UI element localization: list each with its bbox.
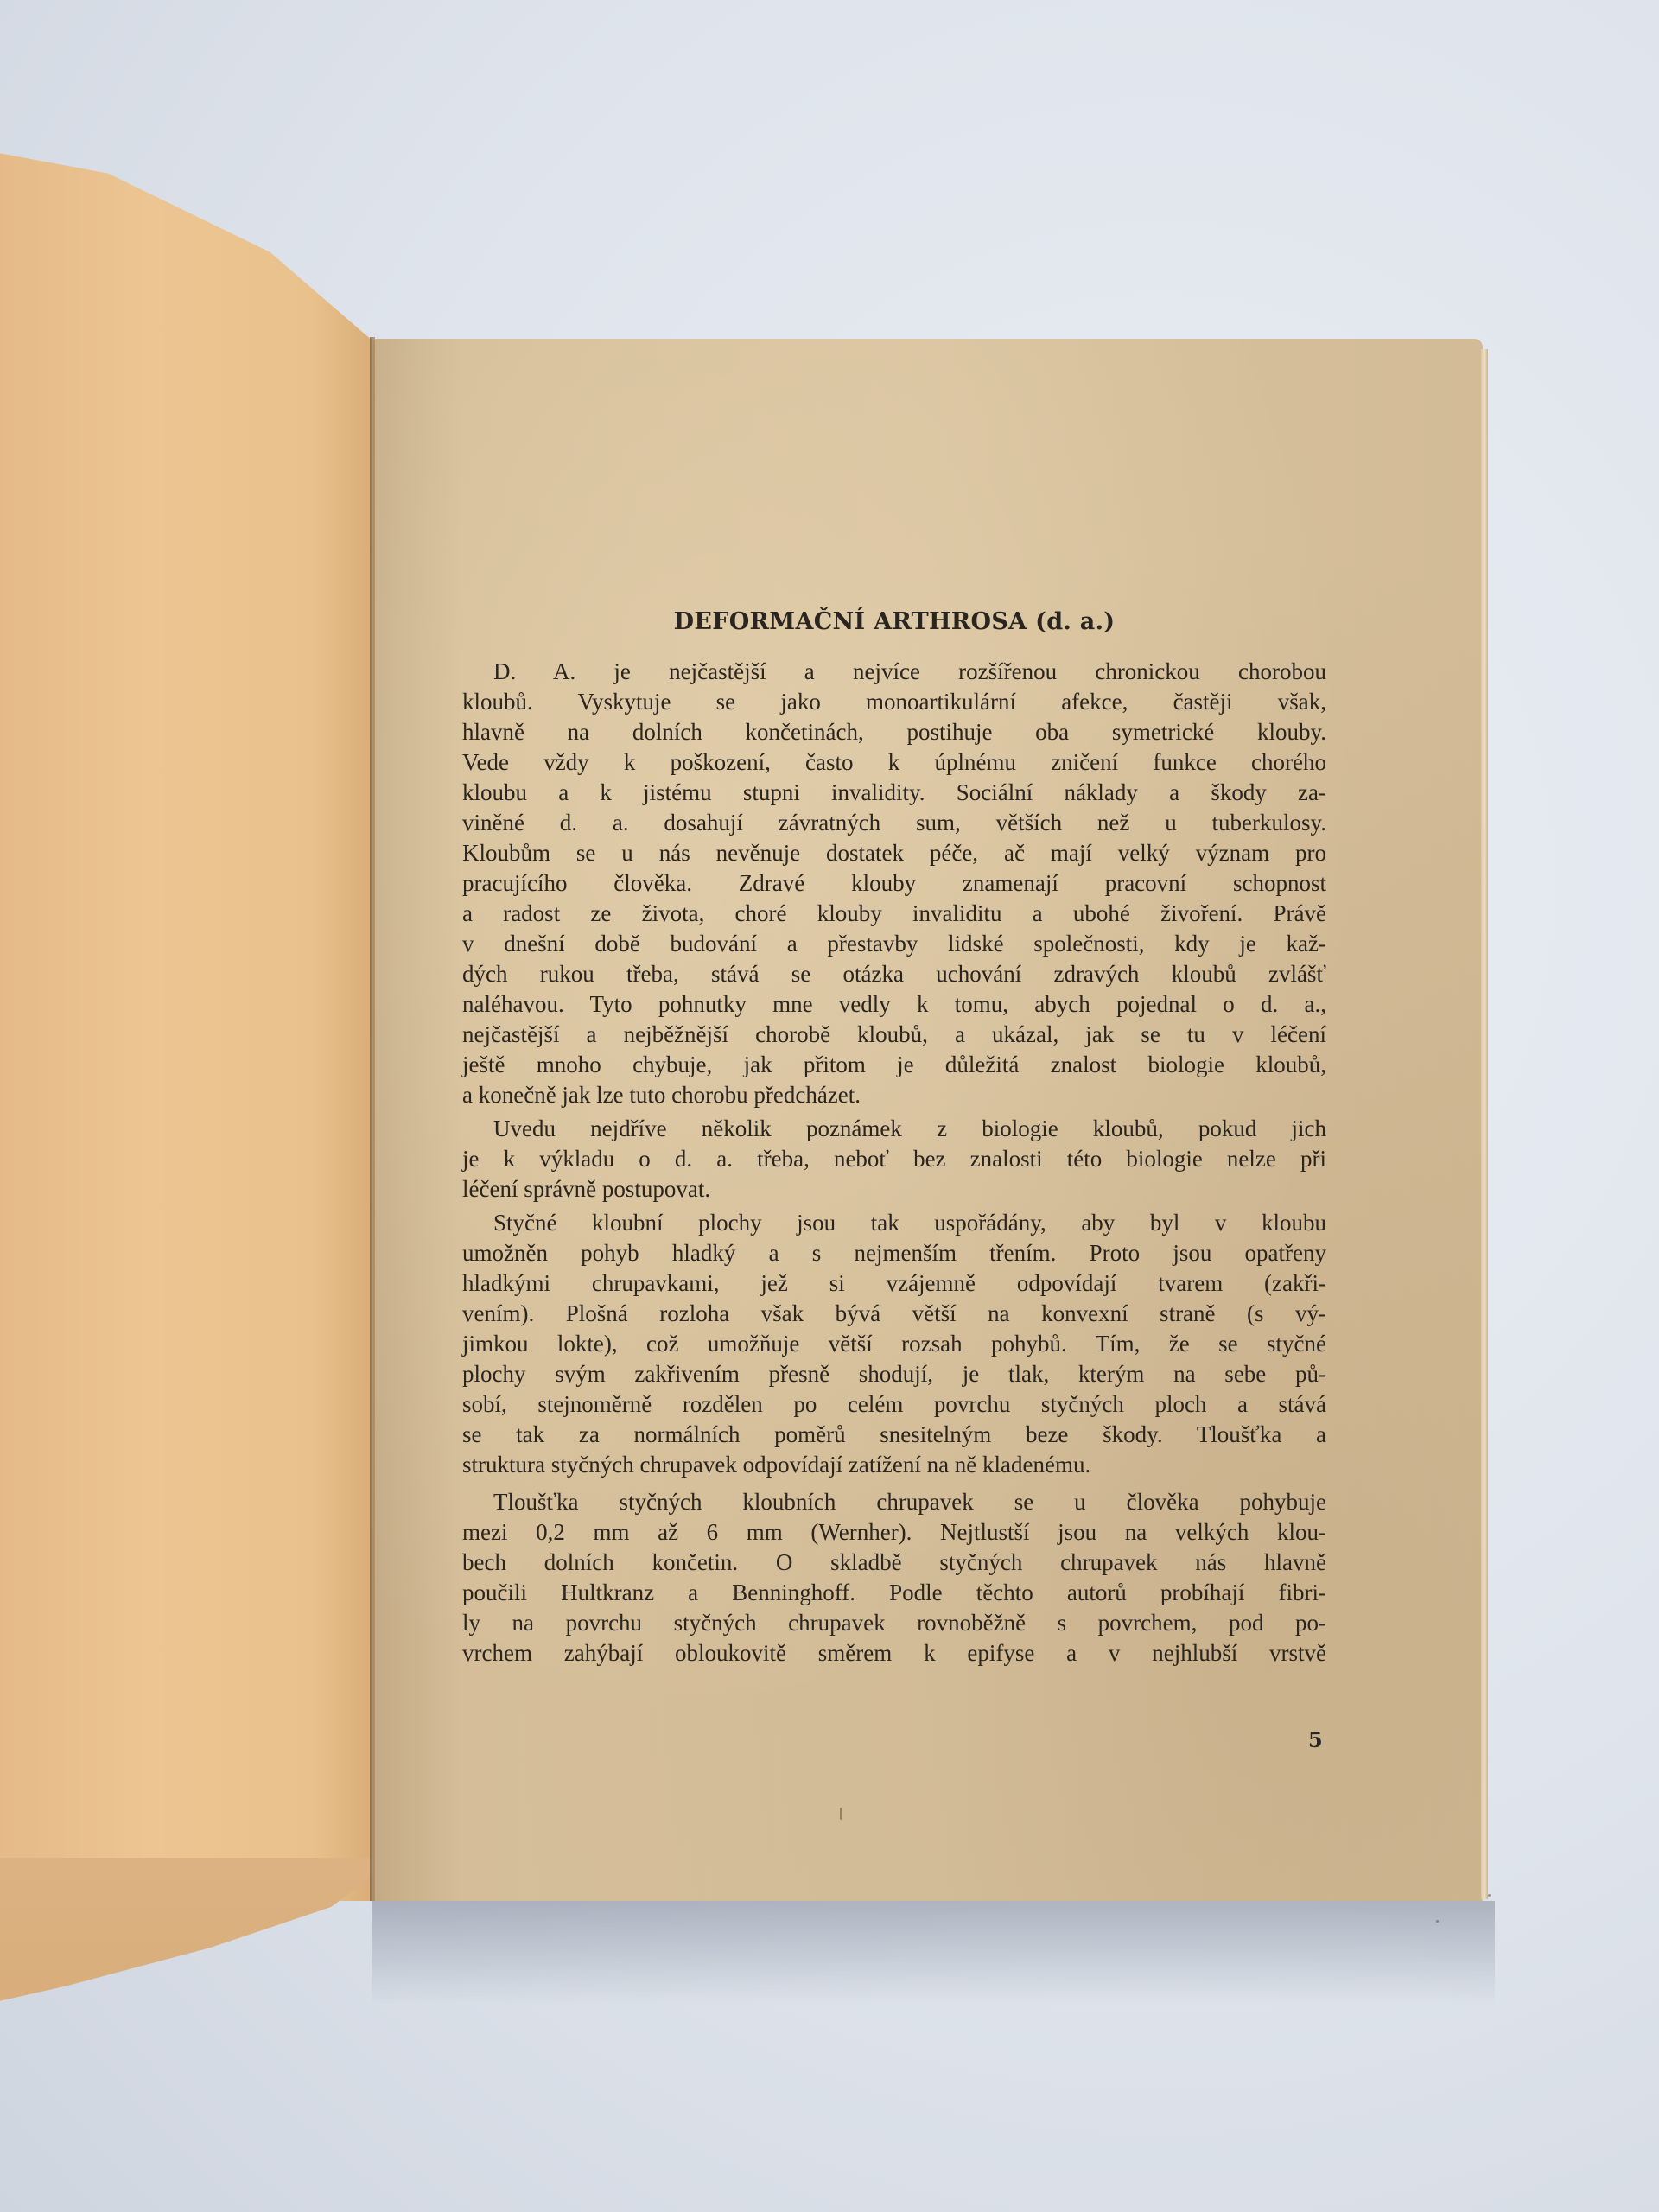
page-number: 5 — [1308, 1727, 1323, 1752]
paper-speck — [1436, 1920, 1439, 1923]
text-line: Uvedu nejdříve několik poznámek z biolog… — [462, 1114, 1326, 1144]
left-page-curl — [0, 1858, 372, 2022]
text-line: ještě mnoho chybuje, jak přitom je důlež… — [462, 1050, 1326, 1080]
book-shadow — [372, 1901, 1495, 2005]
text-line: Tloušťka styčných kloubních chrupavek se… — [462, 1487, 1326, 1517]
text-line: nejčastější a nejběžnější chorobě kloubů… — [462, 1020, 1326, 1050]
page-edge — [1481, 349, 1488, 1899]
text-line: viněné d. a. dosahují závratných sum, vě… — [462, 808, 1326, 838]
page-content: DEFORMAČNÍ ARTHROSA (d. a.) D. A. je nej… — [462, 605, 1326, 1672]
text-line: se tak za normálních poměrů snesitelným … — [462, 1420, 1326, 1450]
book-spine-gutter — [370, 337, 375, 1901]
chapter-title: DEFORMAČNÍ ARTHROSA (d. a.) — [462, 605, 1326, 639]
text-line: v dnešní době budování a přestavby lidsk… — [462, 929, 1326, 959]
text-line: umožněn pohyb hladký a s nejmenším tření… — [462, 1238, 1326, 1268]
text-line: bech dolních končetin. O skladbě styčnýc… — [462, 1548, 1326, 1578]
text-line: kloubu a k jistému stupni invalidity. So… — [462, 778, 1326, 808]
text-line: hlavně na dolních končetinách, postihuje… — [462, 717, 1326, 747]
text-line: poučili Hultkranz a Benninghoff. Podle t… — [462, 1578, 1326, 1608]
text-line: mezi 0,2 mm až 6 mm (Wernher). Nejtlustš… — [462, 1517, 1326, 1548]
text-line: ly na povrchu styčných chrupavek rovnobě… — [462, 1608, 1326, 1638]
text-line: vrchem zahýbají obloukovitě směrem k epi… — [462, 1638, 1326, 1669]
text-line: je k výkladu o d. a. třeba, neboť bez zn… — [462, 1144, 1326, 1174]
text-line: plochy svým zakřivením přesně shodují, j… — [462, 1359, 1326, 1389]
text-line: Vede vždy k poškození, často k úplnému z… — [462, 747, 1326, 778]
text-line: Kloubům se u nás nevěnuje dostatek péče,… — [462, 838, 1326, 868]
right-page: DEFORMAČNÍ ARTHROSA (d. a.) D. A. je nej… — [373, 339, 1483, 1901]
text-line: Styčné kloubní plochy jsou tak uspořádán… — [462, 1208, 1326, 1238]
text-line: dých rukou třeba, stává se otázka uchová… — [462, 959, 1326, 989]
text-line: a konečně jak lze tuto chorobu předcháze… — [462, 1080, 1326, 1110]
text-line: hladkými chrupavkami, jež si vzájemně od… — [462, 1268, 1326, 1299]
paragraph-4: Tloušťka styčných kloubních chrupavek se… — [462, 1487, 1326, 1669]
paragraph-3: Styčné kloubní plochy jsou tak uspořádán… — [462, 1208, 1326, 1480]
paragraph-2: Uvedu nejdříve několik poznámek z biolog… — [462, 1114, 1326, 1205]
text-line: vením). Plošná rozloha však bývá větší n… — [462, 1299, 1326, 1329]
text-line: léčení správně postupovat. — [462, 1174, 1326, 1205]
text-line: struktura styčných chrupavek odpovídají … — [462, 1450, 1326, 1480]
text-line: jimkou lokte), což umožňuje větší rozsah… — [462, 1329, 1326, 1359]
paper-speck — [840, 1808, 842, 1820]
paper-speck — [1488, 1894, 1491, 1897]
text-line: D. A. je nejčastější a nejvíce rozšířeno… — [462, 657, 1326, 687]
text-line: pracujícího člověka. Zdravé klouby zname… — [462, 868, 1326, 899]
left-page — [0, 147, 372, 1901]
text-line: a radost ze života, choré klouby invalid… — [462, 899, 1326, 929]
paragraph-1: D. A. je nejčastější a nejvíce rozšířeno… — [462, 657, 1326, 1110]
text-line: sobí, stejnoměrně rozdělen po celém povr… — [462, 1389, 1326, 1420]
text-line: naléhavou. Tyto pohnutky mne vedly k tom… — [462, 989, 1326, 1020]
text-line: kloubů. Vyskytuje se jako monoartikulárn… — [462, 687, 1326, 717]
